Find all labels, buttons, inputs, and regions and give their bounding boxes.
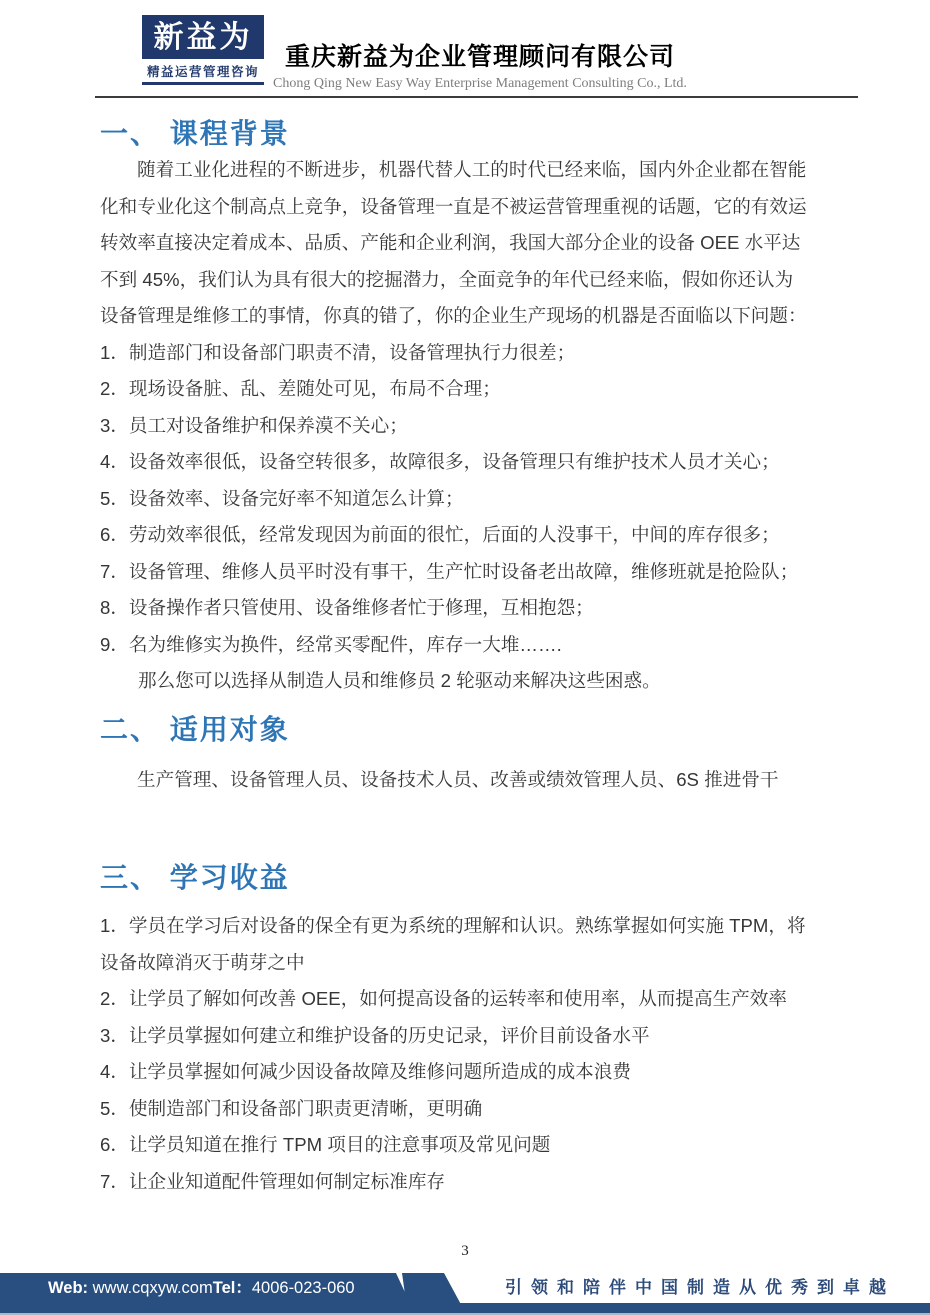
footer-bottom-bar (0, 1303, 930, 1313)
section-heading-audience: 二、 适用对象 (100, 714, 858, 746)
header-divider (95, 96, 858, 98)
page-number: 3 (0, 1243, 930, 1260)
list-item: 3．员工对设备维护和保养漠不关心； (100, 408, 858, 445)
web-url: www.cqxyw.com (93, 1279, 213, 1297)
list-item: 5．使制造部门和设备部门职责更清晰，更明确 (100, 1091, 858, 1128)
tel-number: 4006-023-060 (252, 1279, 355, 1297)
footer-contact-band: Web: www.cqxyw.comTel：4006-023-060 (0, 1273, 410, 1303)
list-item: 8．设备操作者只管使用、设备维修者忙于修理，互相抱怨； (100, 590, 858, 627)
list-item: 3．让学员掌握如何建立和维护设备的历史记录，评价目前设备水平 (100, 1018, 858, 1055)
closing-note: 那么您可以选择从制造人员和维修员 2 轮驱动来解决这些困惑。 (100, 663, 858, 700)
page-footer: Web: www.cqxyw.comTel：4006-023-060 引领和陪伴… (0, 1262, 930, 1315)
list-item: 1．制造部门和设备部门职责不清，设备管理执行力很差； (100, 335, 858, 372)
section-heading-background: 一、 课程背景 (100, 118, 858, 150)
background-paragraph: 随着工业化进程的不断进步，机器代替人工的时代已经来临，国内外企业都在智能 化和专… (100, 152, 858, 335)
footer-slogan: 引领和陪伴中国制造从优秀到卓越 (505, 1273, 895, 1303)
list-item: 2．现场设备脏、乱、差随处可见，布局不合理； (100, 371, 858, 408)
footer-swoosh-shape (402, 1273, 498, 1303)
web-label: Web: (48, 1279, 93, 1297)
company-name-cn: 重庆新益为企业管理顾问有限公司 (250, 37, 710, 73)
tel-label: Tel： (213, 1279, 252, 1297)
section-audience: 二、 适用对象 生产管理、设备管理人员、设备技术人员、改善或绩效管理人员、6S … (100, 714, 858, 799)
benefits-list: 1．学员在学习后对设备的保全有更为系统的理解和认识。熟练掌握如何实施 TPM，将… (100, 908, 858, 1200)
company-logo: 新益为 精益运营管理咨询 (142, 15, 264, 85)
list-item: 7．设备管理、维修人员平时没有事干，生产忙时设备老出故障，维修班就是抢险队； (100, 554, 858, 591)
list-item: 1．学员在学习后对设备的保全有更为系统的理解和认识。熟练掌握如何实施 TPM，将… (100, 908, 858, 981)
list-item: 4．让学员掌握如何减少因设备故障及维修问题所造成的成本浪费 (100, 1054, 858, 1091)
list-item: 7．让企业知道配件管理如何制定标准库存 (100, 1164, 858, 1201)
document-page: 新益为 精益运营管理咨询 重庆新益为企业管理顾问有限公司 Chong Qing … (0, 0, 930, 1315)
list-item: 2．让学员了解如何改善 OEE，如何提高设备的运转率和使用率，从而提高生产效率 (100, 981, 858, 1018)
audience-text: 生产管理、设备管理人员、设备技术人员、改善或绩效管理人员、6S 推进骨干 (100, 762, 858, 799)
section-benefits: 三、 学习收益 1．学员在学习后对设备的保全有更为系统的理解和认识。熟练掌握如何… (100, 862, 858, 1200)
list-item: 5．设备效率、设备完好率不知道怎么计算； (100, 481, 858, 518)
list-item: 9．名为维修实为换件，经常买零配件，库存一大堆……. (100, 627, 858, 664)
list-item: 6．让学员知道在推行 TPM 项目的注意事项及常见问题 (100, 1127, 858, 1164)
logo-mark: 新益为 (142, 15, 264, 59)
list-item: 4．设备效率很低，设备空转很多，故障很多，设备管理只有维护技术人员才关心； (100, 444, 858, 481)
company-titles: 重庆新益为企业管理顾问有限公司 Chong Qing New Easy Way … (250, 37, 710, 92)
list-item: 6．劳动效率很低，经常发现因为前面的很忙，后面的人没事干，中间的库存很多； (100, 517, 858, 554)
page-header: 新益为 精益运营管理咨询 重庆新益为企业管理顾问有限公司 Chong Qing … (0, 0, 930, 98)
section-heading-benefits: 三、 学习收益 (100, 862, 858, 894)
section-course-background: 一、 课程背景 随着工业化进程的不断进步，机器代替人工的时代已经来临，国内外企业… (100, 118, 858, 700)
logo-tagline: 精益运营管理咨询 (142, 59, 264, 85)
problem-list: 1．制造部门和设备部门职责不清，设备管理执行力很差； 2．现场设备脏、乱、差随处… (100, 335, 858, 664)
company-name-en: Chong Qing New Easy Way Enterprise Manag… (250, 76, 710, 92)
document-content: 一、 课程背景 随着工业化进程的不断进步，机器代替人工的时代已经来临，国内外企业… (0, 118, 930, 1200)
